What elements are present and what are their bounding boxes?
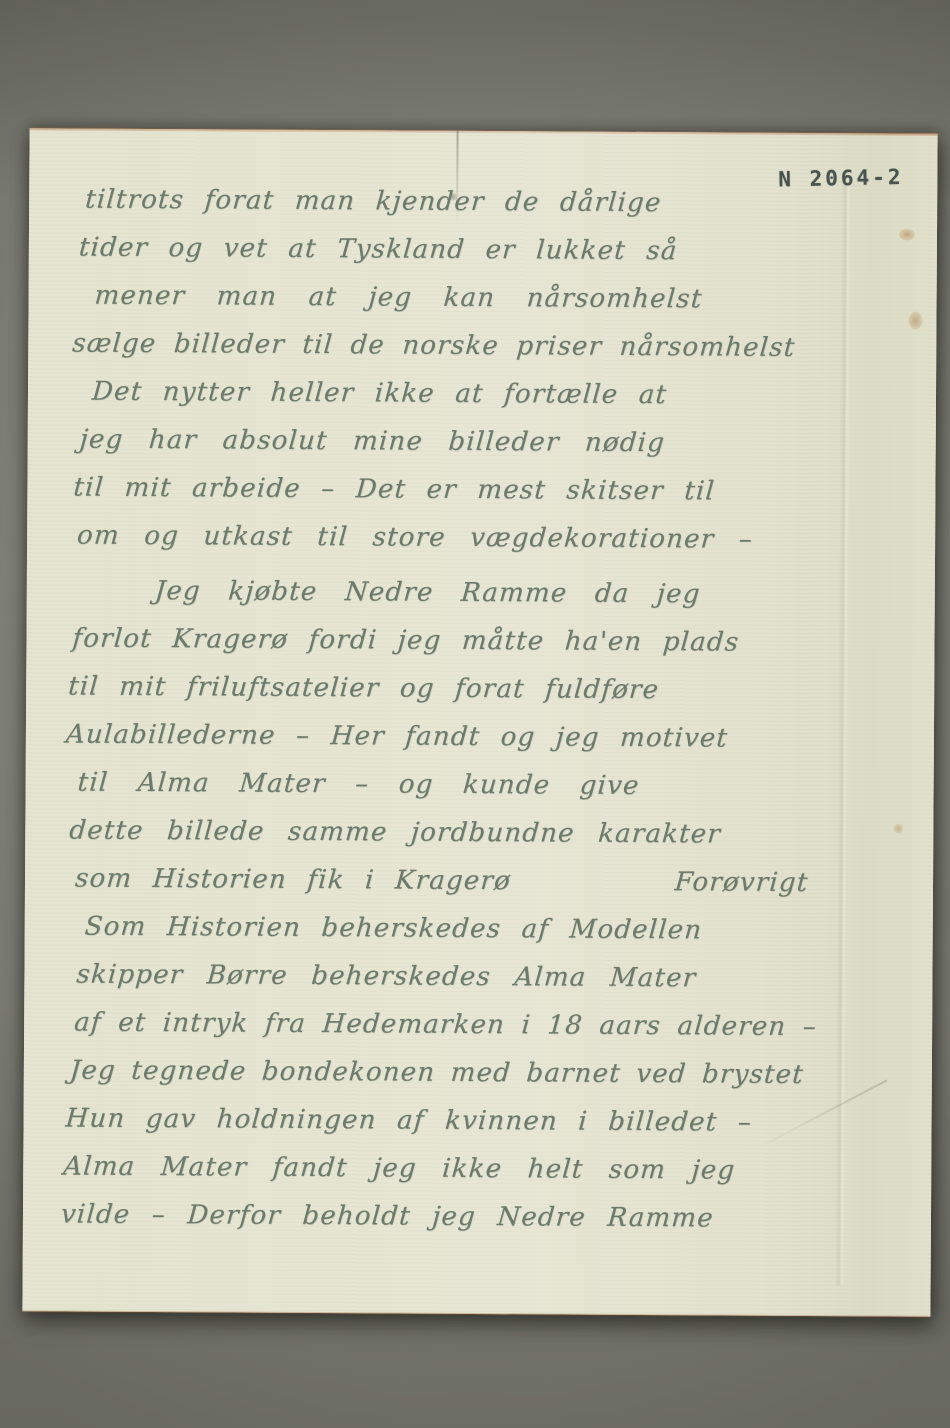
handwriting-line-5: Det nytter heller ikke at fortælle at [91,377,907,413]
archive-number-label: N 2064-2 [778,165,904,192]
handwriting-line-22: vilde – Derfor beholdt jeg Nedre Ramme [60,1199,902,1235]
handwriting-line-10: forlot Kragerø fordi jeg måtte ha'en pla… [71,624,905,660]
handwriting-line-21: Alma Mater fandt jeg ikke helt som jeg [62,1151,902,1187]
letter-page: N 2064-2 tiltrots forat man kjender de d… [22,128,937,1317]
handwriting-line-20: Hun gav holdningen af kvinnen i billedet… [64,1103,902,1139]
handwriting-line-7: til mit arbeide – Det er mest skitser ti… [72,473,906,509]
handwriting-line-19: Jeg tegnede bondekonen med barnet ved br… [69,1056,903,1092]
handwriting-line-6: jeg har absolut mine billeder nødig [79,425,907,461]
handwriting-line-3: mener man at jeg kan nårsomhelst [93,281,907,317]
handwriting-line-1: tiltrots forat man kjender de dårlige [84,185,908,221]
handwriting-line-2: tider og vet at Tyskland er lukket så [78,233,908,269]
handwriting-line-8: om og utkast til store vægdekorationer – [76,521,906,557]
handwriting-line-14: dette billede samme jordbundne karakter [68,816,904,852]
handwriting-line-17: skipper Børre beherskedes Alma Mater [75,960,903,996]
handwritten-text-block: tiltrots forat man kjender de dårlige ti… [23,184,937,1253]
handwriting-line-4: sælge billeder til de norske priser nårs… [71,329,907,365]
handwriting-line-12: Aulabillederne – Her fandt og jeg motive… [65,719,905,755]
handwriting-line-16: Som Historien beherskedes af Modellen [84,912,904,948]
handwriting-line-13: til Alma Mater – og kunde give [76,768,904,804]
handwriting-line-18: af et intryk fra Hedemarken i 18 aars al… [73,1008,903,1044]
handwriting-line-11: til mit friluftsatelier og forat fuldfør… [67,671,905,707]
handwriting-line-15: som Historien fik i Kragerø Forøvrigt [74,864,904,900]
photo-background: N 2064-2 tiltrots forat man kjender de d… [0,0,950,1428]
handwriting-line-9: Jeg kjøbte Nedre Ramme da jeg [154,576,906,612]
